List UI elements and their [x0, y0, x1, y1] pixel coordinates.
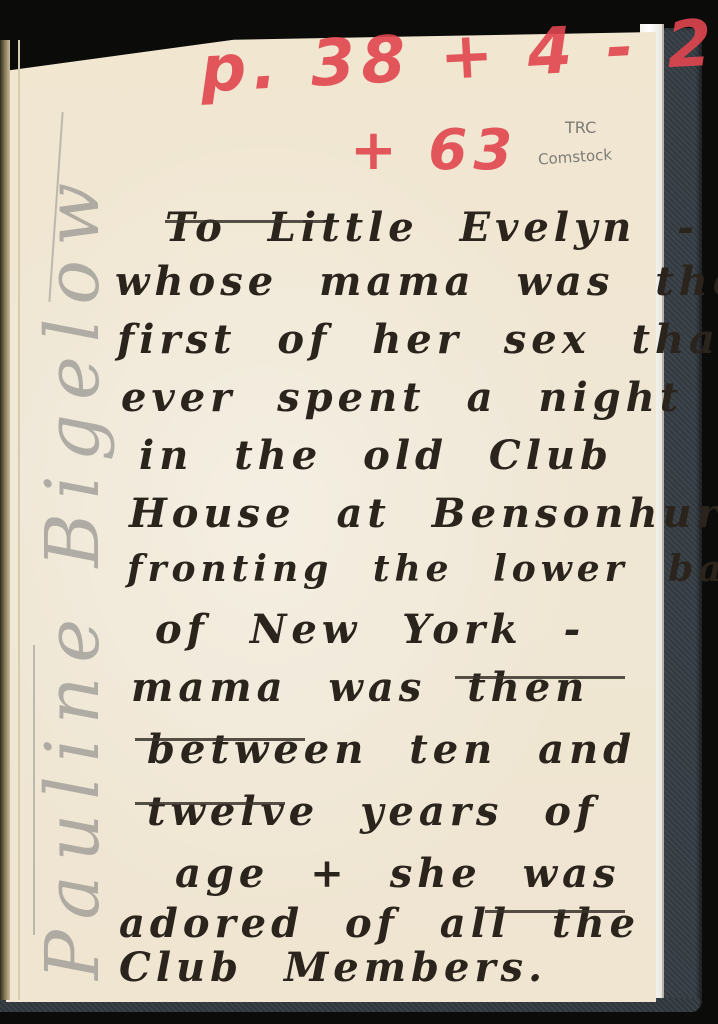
inscription-line-7: fronting the lower bay [127, 548, 718, 590]
inscription-line-10: between ten and [147, 726, 636, 773]
book-gutter [0, 40, 10, 1000]
margin-signature: Pauline Bigelow [30, 160, 100, 980]
inscription-line-12: age + she was [175, 850, 621, 897]
t-cross-flourish [135, 738, 305, 741]
inscription-line-1: To Little Evelyn - 1929, [165, 204, 718, 251]
pencil-note-trc: TRC [565, 118, 596, 137]
t-cross-flourish [165, 220, 325, 223]
inscription-line-11: twelve years of [147, 788, 598, 835]
t-cross-flourish [485, 910, 625, 913]
inscription-line-2: whose mama was the [115, 258, 718, 305]
inscription-line-13: adored of all the [119, 900, 640, 947]
inscription-line-3: first of her sex that [117, 316, 718, 363]
inscription-line-14: Club Members. [119, 944, 547, 991]
inscription-line-8: of New York - [155, 606, 585, 653]
red-pencil-page-addition: + 63 [350, 118, 518, 183]
t-cross-flourish [135, 802, 285, 805]
inscription-line-9: mama was then [131, 664, 589, 711]
inscription-line-4: ever spent a night [121, 374, 683, 421]
t-cross-flourish [455, 676, 625, 679]
inscription-line-6: House at Bensonhurst [129, 490, 718, 537]
gutter-fold-line [18, 40, 20, 1000]
inscription-line-5: in the old Club [139, 432, 613, 479]
